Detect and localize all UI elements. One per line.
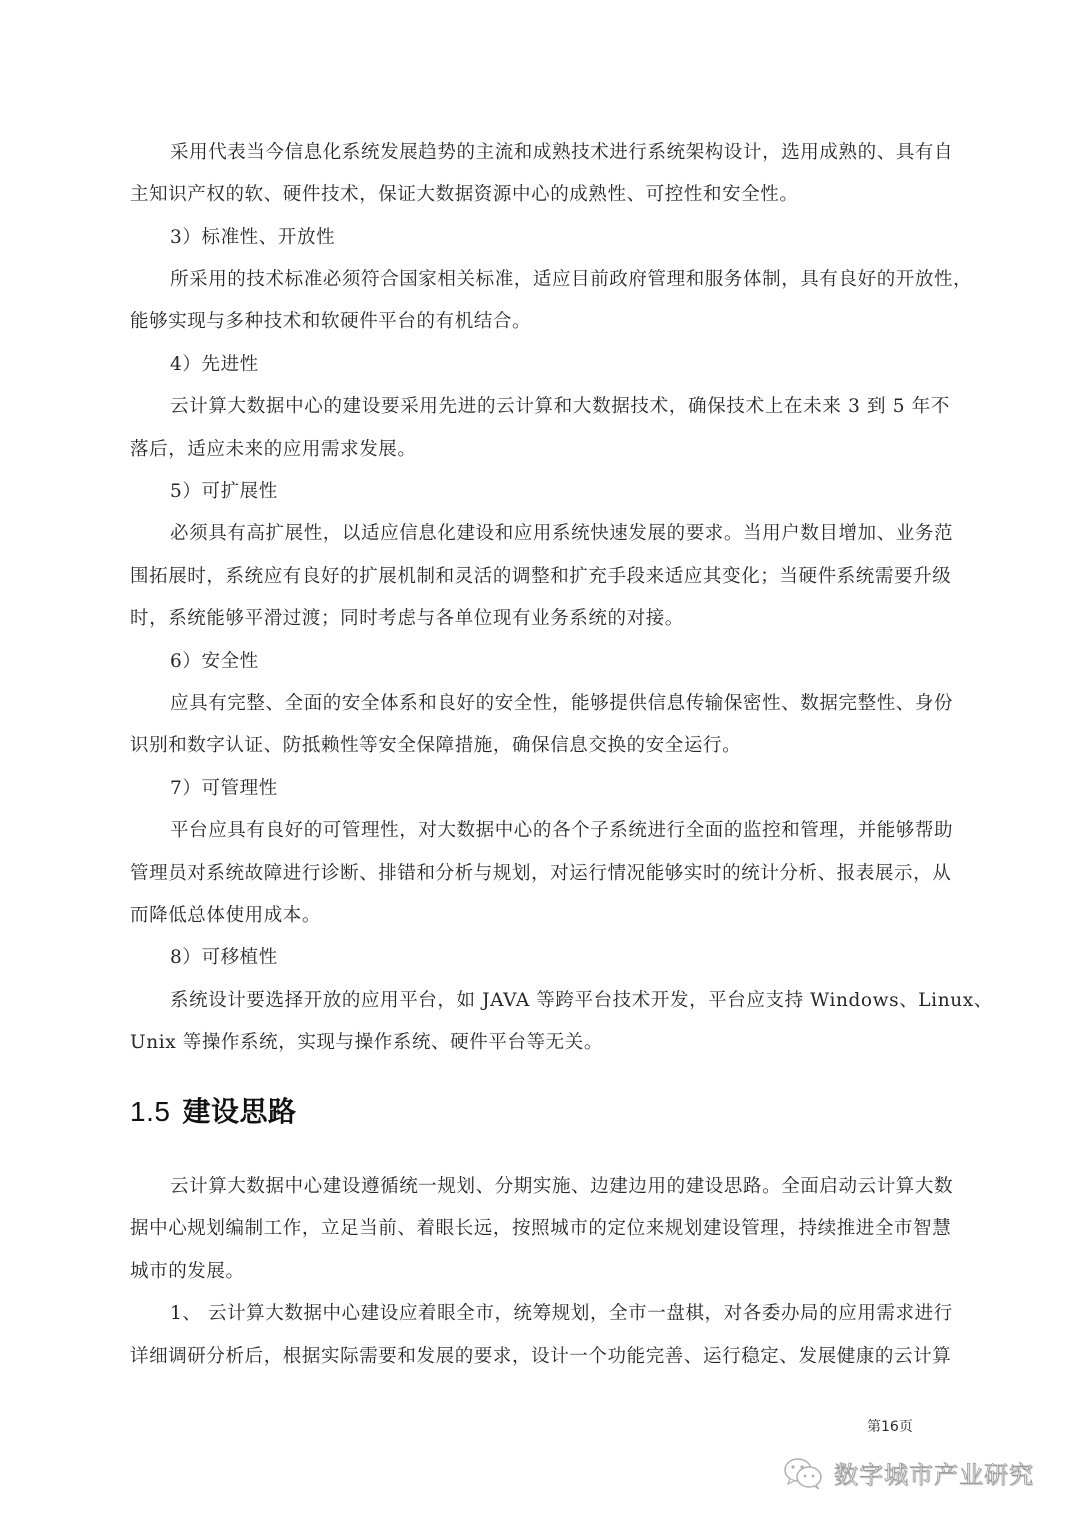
text-line: 应具有完整、全面的安全体系和良好的安全性，能够提供信息传输保密性、数据完整性、身… — [170, 692, 950, 716]
section-heading: 1.5建设思路 — [130, 1094, 296, 1130]
text-line: 6）安全性 — [170, 650, 259, 674]
text-line: 3）标准性、开放性 — [170, 226, 335, 250]
wechat-icon — [782, 1456, 826, 1490]
text-line: 落后，适应未来的应用需求发展。 — [130, 438, 417, 462]
text-line: 能够实现与多种技术和软硬件平台的有机结合。 — [130, 310, 531, 334]
document-page: 采用代表当今信息化系统发展趋势的主流和成熟技术进行系统架构设计，选用成熟的、具有… — [0, 0, 1080, 1526]
text-line: 7）可管理性 — [170, 777, 278, 801]
text-line: 围拓展时，系统应有良好的扩展机制和灵活的调整和扩充手段来适应其变化；当硬件系统需… — [130, 565, 950, 589]
text-line: 4）先进性 — [170, 353, 259, 377]
text-line: 1、 云计算大数据中心建设应着眼全市，统筹规划，全市一盘棋，对各委办局的应用需求… — [170, 1302, 950, 1326]
text-line: 平台应具有良好的可管理性，对大数据中心的各个子系统进行全面的监控和管理，并能够帮… — [170, 819, 950, 843]
text-line: 5）可扩展性 — [170, 480, 278, 504]
watermark: 数字城市产业研究 — [782, 1455, 1034, 1490]
text-line: 城市的发展。 — [130, 1260, 245, 1284]
section-title: 建设思路 — [182, 1096, 296, 1127]
text-line: 详细调研分析后，根据实际需要和发展的要求，设计一个功能完善、运行稳定、发展健康的… — [130, 1345, 950, 1369]
text-line: 所采用的技术标准必须符合国家相关标准，适应目前政府管理和服务体制，具有良好的开放… — [170, 268, 950, 292]
text-line: 主知识产权的软、硬件技术，保证大数据资源中心的成熟性、可控性和安全性。 — [130, 183, 799, 207]
page-number: 第16页 — [867, 1416, 913, 1436]
text-line: 必须具有高扩展性，以适应信息化建设和应用系统快速发展的要求。当用户数目增加、业务… — [170, 522, 950, 546]
text-line: 而降低总体使用成本。 — [130, 904, 321, 928]
section-number: 1.5 — [130, 1096, 170, 1127]
watermark-text: 数字城市产业研究 — [834, 1455, 1034, 1490]
text-line: 8）可移植性 — [170, 946, 278, 970]
text-line: 识别和数字认证、防抵赖性等安全保障措施，确保信息交换的安全运行。 — [130, 734, 741, 758]
text-line: 云计算大数据中心建设遵循统一规划、分期实施、边建边用的建设思路。全面启动云计算大… — [170, 1175, 950, 1199]
text-line: 云计算大数据中心的建设要采用先进的云计算和大数据技术，确保技术上在未来 3 到 … — [170, 395, 950, 419]
text-line: 系统设计要选择开放的应用平台，如 JAVA 等跨平台技术开发，平台应支持 Win… — [170, 989, 945, 1013]
text-line: 据中心规划编制工作，立足当前、着眼长远，按照城市的定位来规划建设管理，持续推进全… — [130, 1217, 950, 1241]
text-line: Unix 等操作系统，实现与操作系统、硬件平台等无关。 — [130, 1031, 603, 1055]
text-line: 时，系统能够平滑过渡；同时考虑与各单位现有业务系统的对接。 — [130, 607, 684, 631]
text-line: 采用代表当今信息化系统发展趋势的主流和成熟技术进行系统架构设计，选用成熟的、具有… — [170, 141, 950, 165]
text-line: 管理员对系统故障进行诊断、排错和分析与规划，对运行情况能够实时的统计分析、报表展… — [130, 862, 950, 886]
